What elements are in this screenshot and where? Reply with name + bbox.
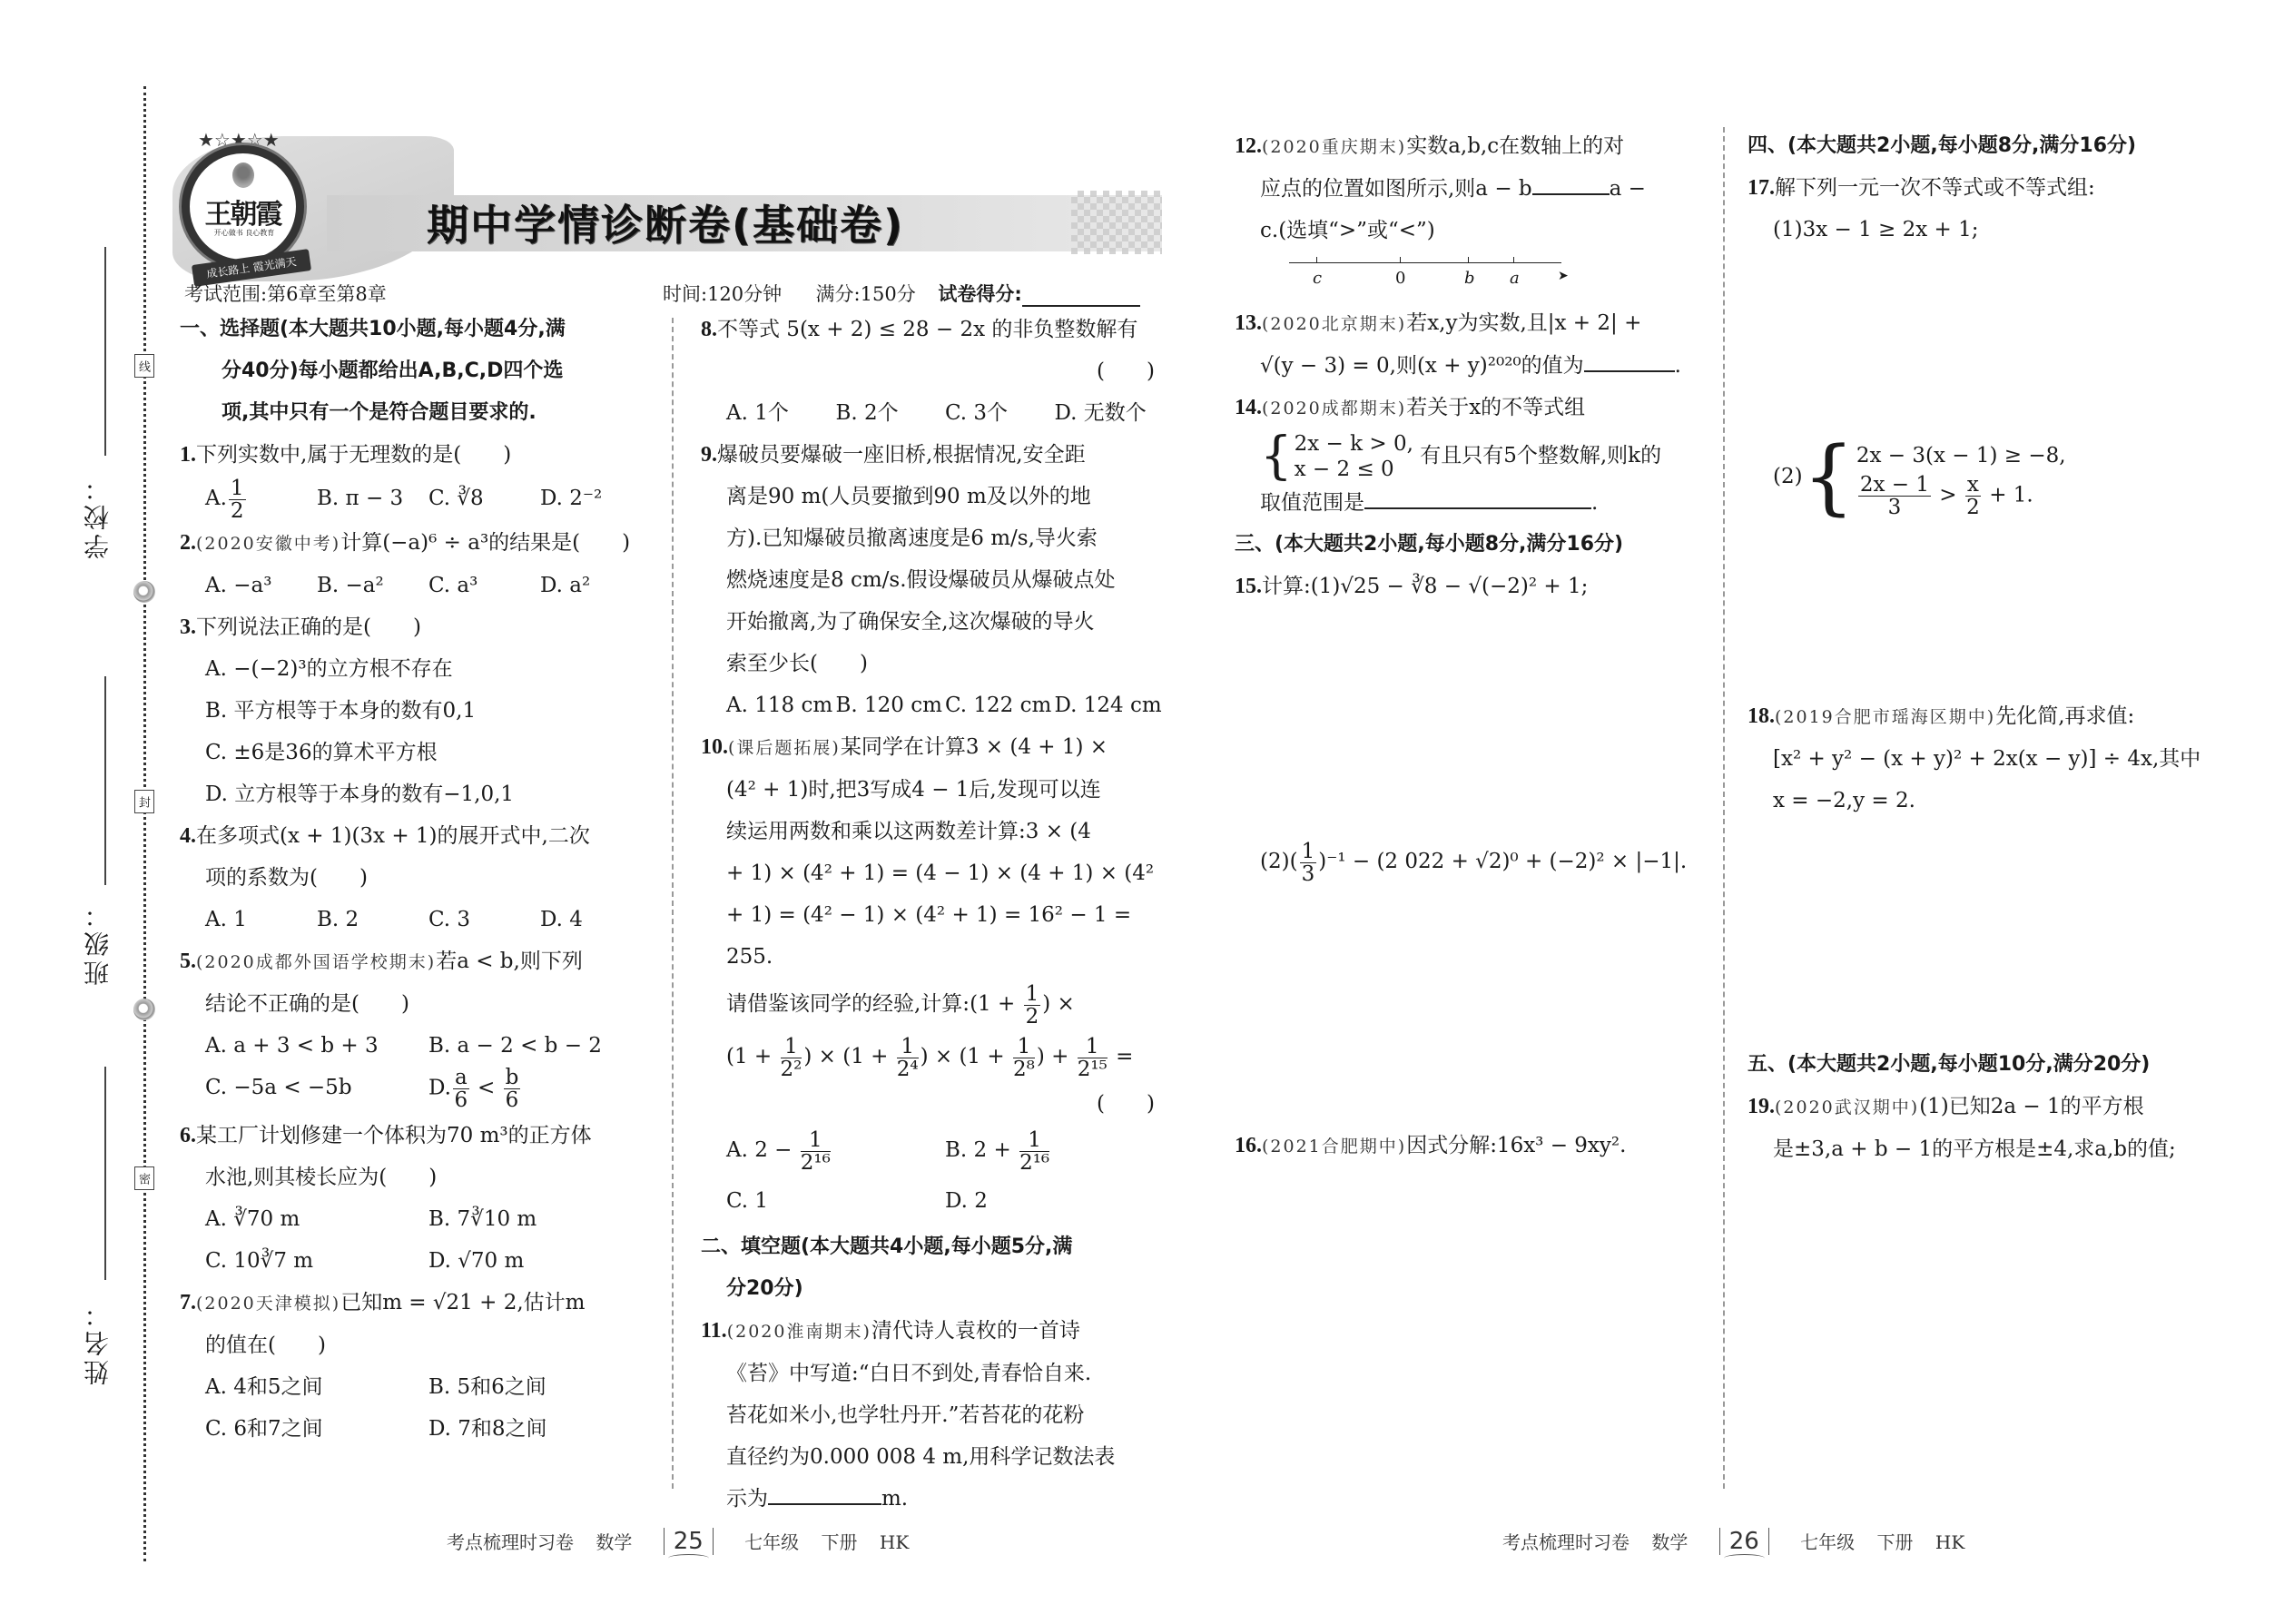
- tick-0: [1400, 257, 1401, 263]
- question-number: 1.: [180, 443, 196, 467]
- question-source: (2021合肥期中): [1262, 1137, 1406, 1156]
- page-number: 26: [1719, 1528, 1769, 1555]
- tick-label-a: a: [1510, 268, 1520, 290]
- question-text: 示为m.: [701, 1478, 1164, 1520]
- footer-grade: 七年级: [1800, 1531, 1855, 1553]
- column-2: 8.不等式 5(x + 2) ≤ 28 − 2x 的非负整数解有 ( ) A. …: [701, 309, 1164, 1520]
- option-a[interactable]: A.12: [205, 476, 317, 522]
- question-19: 19.(2020武汉期中)(1)已知2a − 1的平方根: [1748, 1086, 2220, 1128]
- question-9: 9.爆破员要爆破一座旧桥,根据情况,安全距: [701, 434, 1164, 476]
- question-text: √(y − 3) = 0,则(x + y)²⁰²⁰的值为.: [1235, 345, 1707, 387]
- number-line-figure: ➤ c 0 b a: [1289, 251, 1570, 302]
- option-d[interactable]: D. 2⁻²: [540, 476, 652, 522]
- question-5: 5.(2020成都外国语学校期末)若a < b,则下列: [180, 940, 652, 983]
- exam-scope: 考试范围:第6章至第8章: [184, 280, 387, 307]
- question-17: 17.解下列一元一次不等式或不等式组:: [1748, 167, 2220, 209]
- question-text: 下列实数中,属于无理数的是( ): [196, 443, 511, 467]
- logo-brand-text: 王朝霞: [195, 192, 290, 231]
- question-11: 11.(2020淮南期末)清代诗人袁枚的一首诗: [701, 1310, 1164, 1353]
- answer-blank[interactable]: [1532, 170, 1610, 195]
- logo-slogan: 开心做书 良心教育: [199, 228, 290, 238]
- option-d[interactable]: D. 124 cm: [1055, 684, 1165, 726]
- section-heading-2: 二、填空题(本大题共4小题,每小题5分,满: [701, 1226, 1164, 1268]
- question-number: 17.: [1748, 176, 1775, 200]
- section-heading-1-cont: 分40分)每小题都给出A,B,C,D四个选: [180, 350, 652, 392]
- footer-left: 考点梳理时习卷 数学 25 七年级 下册 HK: [447, 1528, 909, 1555]
- brand-logo: 王朝霞 开心做书 良心教育: [182, 145, 304, 268]
- option-d[interactable]: D. 7和8之间: [428, 1408, 652, 1450]
- options-q1: A.12 B. π − 3 C. ∛8 D. 2⁻²: [180, 476, 652, 522]
- question-text: + 1) × (4² + 1) = (4 − 1) × (4 + 1) × (4…: [701, 852, 1164, 894]
- footer-edition: HK: [1935, 1531, 1964, 1553]
- question-text: 因式分解:16x³ − 9xy².: [1406, 1134, 1626, 1157]
- option-c[interactable]: C. ∛8: [428, 476, 540, 522]
- option-a[interactable]: A. 118 cm: [726, 684, 836, 726]
- question-source: (课后题拓展): [728, 738, 841, 758]
- option-a[interactable]: A. 4和5之间: [205, 1366, 428, 1408]
- option-b[interactable]: B. 5和6之间: [428, 1366, 652, 1408]
- question-number: 18.: [1748, 704, 1775, 728]
- question-17-part-1: (1)3x − 1 ≥ 2x + 1;: [1748, 209, 2220, 251]
- tick-label-0: 0: [1395, 268, 1405, 290]
- question-text: (4² + 1)时,把3写成4 − 1后,发现可以连: [701, 769, 1164, 811]
- section-heading-1-cont: 项,其中只有一个是符合题目要求的.: [180, 392, 652, 434]
- question-18: 18.(2019合肥市瑶海区期中)先化简,再求值:: [1748, 695, 2220, 738]
- question-text: 已知m = √21 + 2,估计m: [340, 1291, 585, 1314]
- seal-mark-feng: 封: [134, 790, 154, 813]
- question-number: 4.: [180, 824, 196, 848]
- inequality-system: {2x − k > 0,x − 2 ≤ 0: [1260, 431, 1413, 482]
- question-text: 若关于x的不等式组: [1406, 396, 1585, 419]
- class-input-line[interactable]: [104, 676, 106, 885]
- option-b[interactable]: B. 2: [317, 899, 428, 940]
- option-c[interactable]: C. 3个: [945, 392, 1055, 434]
- column-divider: [672, 318, 674, 1489]
- question-text: + 1) = (4² − 1) × (4² + 1) = 16² − 1 = 2…: [701, 894, 1164, 978]
- section-heading-5: 五、(本大题共2小题,每小题10分,满分20分): [1748, 1044, 2220, 1086]
- class-label: 班级：: [80, 899, 116, 986]
- question-text: 燃烧速度是8 cm/s.假设爆破员从爆破点处: [701, 559, 1164, 601]
- question-text: 索至少长( ): [701, 643, 1164, 684]
- question-text: 某工厂计划修建一个体积为70 m³的正方体: [196, 1124, 592, 1147]
- question-8: 8.不等式 5(x + 2) ≤ 28 − 2x 的非负整数解有: [701, 309, 1164, 350]
- question-14: 14.(2020成都期末)若关于x的不等式组: [1235, 387, 1707, 429]
- question-source: (2020成都外国语学校期末): [196, 952, 436, 972]
- question-text: 某同学在计算3 × (4 + 1) ×: [841, 735, 1108, 759]
- tick-a: [1513, 257, 1514, 263]
- school-label: 学校：: [80, 472, 116, 559]
- option-c[interactable]: C. a³: [428, 565, 540, 606]
- question-number: 16.: [1235, 1134, 1262, 1157]
- school-input-line[interactable]: [104, 247, 106, 456]
- option-b[interactable]: B. π − 3: [317, 476, 428, 522]
- question-number: 5.: [180, 950, 196, 973]
- question-text: 项的系数为( ): [180, 857, 652, 899]
- question-text: {2x − k > 0,x − 2 ≤ 0 有且只有5个整数解,则k的: [1235, 429, 1707, 482]
- question-source: (2020淮南期末): [727, 1322, 871, 1342]
- option-d[interactable]: D. 4: [540, 899, 652, 940]
- question-number: 14.: [1235, 396, 1262, 419]
- question-10: 10.(课后题拓展)某同学在计算3 × (4 + 1) ×: [701, 726, 1164, 769]
- option-d[interactable]: D. 立方根等于本身的数有−1,0,1: [180, 773, 652, 815]
- question-number: 3.: [180, 615, 196, 639]
- question-2: 2.(2020安徽中考)计算(−a)⁶ ÷ a³的结果是( ): [180, 522, 652, 565]
- options-q10: A. 2 − 12¹⁶ B. 2 + 12¹⁶ C. 1 D. 2: [701, 1125, 1164, 1226]
- question-text: 若x,y为实数,且|x + 2| +: [1406, 311, 1641, 335]
- option-d[interactable]: D. 无数个: [1055, 392, 1165, 434]
- score-input[interactable]: [1022, 287, 1140, 307]
- option-d[interactable]: D. a²: [540, 565, 652, 606]
- question-number: 7.: [180, 1291, 196, 1314]
- option-c[interactable]: C. 3: [428, 899, 540, 940]
- emblem-icon: [133, 999, 155, 1020]
- column-1: 一、选择题(本大题共10小题,每小题4分,满 分40分)每小题都给出A,B,C,…: [180, 309, 652, 1450]
- question-text: 先化简,再求值:: [1995, 704, 2134, 728]
- question-number: 19.: [1748, 1095, 1775, 1118]
- question-text: 实数a,b,c在数轴上的对: [1406, 134, 1624, 158]
- question-text: 苔花如米小,也学牡丹开.”若苔花的花粉: [701, 1394, 1164, 1436]
- question-text: 的值在( ): [180, 1324, 652, 1366]
- question-17-part-2: (2){ 2x − 3(x − 1) ≥ −8, 2x − 13 > x2 + …: [1748, 437, 2220, 518]
- question-text: 《苔》中写道:“白日不到处,青春恰自来.: [701, 1353, 1164, 1394]
- options-q5: A. a + 3 < b + 3 B. a − 2 < b − 2 C. −5a…: [180, 1025, 652, 1111]
- page-title: 期中学情诊断卷(基础卷): [427, 192, 904, 252]
- question-source: (2020安徽中考): [196, 534, 340, 554]
- option-b[interactable]: B. a − 2 < b − 2: [428, 1025, 652, 1067]
- footer-right: 考点梳理时习卷 数学 26 七年级 下册 HK: [1502, 1528, 1964, 1555]
- question-7: 7.(2020天津模拟)已知m = √21 + 2,估计m: [180, 1282, 652, 1324]
- question-3: 3.下列说法正确的是( ): [180, 606, 652, 648]
- question-text: 应点的位置如图所示,则a − ba −: [1235, 168, 1707, 210]
- exam-time: 时间:120分钟: [663, 283, 782, 305]
- option-d[interactable]: D.a6 < b6: [428, 1067, 652, 1111]
- question-text: 清代诗人袁枚的一首诗: [871, 1319, 1080, 1343]
- question-4: 4.在多项式(x + 1)(3x + 1)的展开式中,二次: [180, 815, 652, 857]
- answer-blank[interactable]: [768, 1480, 881, 1505]
- question-text: 在多项式(x + 1)(3x + 1)的展开式中,二次: [196, 824, 590, 848]
- question-text: 续运用两数和乘以这两数差计算:3 × (4: [701, 811, 1164, 852]
- option-b[interactable]: B. 120 cm: [836, 684, 946, 726]
- question-text: 下列说法正确的是( ): [196, 615, 421, 639]
- answer-blank[interactable]: [1584, 347, 1675, 372]
- column-divider: [1723, 127, 1725, 1489]
- footer-edition: HK: [880, 1531, 909, 1553]
- question-source: (2020成都期末): [1262, 399, 1406, 418]
- question-text: 方).已知爆破员撤离速度是6 m/s,导火索: [701, 517, 1164, 559]
- question-source: (2020天津模拟): [196, 1294, 340, 1314]
- tick-c: [1316, 257, 1317, 263]
- option-a[interactable]: A. ∛70 m: [205, 1198, 428, 1240]
- name-label: 姓名：: [80, 1298, 116, 1385]
- tick-label-b: b: [1464, 268, 1475, 290]
- question-text: 是±3,a + b − 1的平方根是±4,求a,b的值;: [1748, 1128, 2220, 1170]
- binding-dotted-line: [143, 86, 146, 1561]
- footer-subject: 数学: [1651, 1531, 1688, 1553]
- option-a[interactable]: A. −a³: [205, 565, 317, 606]
- question-text: [x² + y² − (x + y)² + 2x(x − y)] ÷ 4x,其中: [1748, 738, 2220, 780]
- question-16: 16.(2021合肥期中)因式分解:16x³ − 9xy².: [1235, 1125, 1707, 1167]
- question-15: 15.计算:(1)√25 − ∛8 − √(−2)² + 1;: [1235, 566, 1707, 607]
- answer-blank[interactable]: [1364, 484, 1591, 509]
- tick-b: [1468, 257, 1469, 263]
- column-4: 四、(本大题共2小题,每小题8分,满分16分) 17.解下列一元一次不等式或不等…: [1748, 125, 2220, 1170]
- question-text: x = −2,y = 2.: [1748, 780, 2220, 822]
- question-source: (2020北京期末): [1262, 314, 1406, 334]
- question-text: 解下列一元一次不等式或不等式组:: [1775, 176, 2095, 200]
- footer-grade: 七年级: [744, 1531, 799, 1553]
- question-number: 2.: [180, 531, 196, 555]
- seal-mark-mi: 密: [134, 1166, 154, 1190]
- question-text: 直径约为0.000 008 4 m,用科学记数法表: [701, 1436, 1164, 1478]
- question-number: 13.: [1235, 311, 1262, 335]
- seal-mark-xian: 线: [134, 354, 154, 378]
- option-a[interactable]: A. a + 3 < b + 3: [205, 1025, 428, 1067]
- question-text: 计算(−a)⁶ ÷ a³的结果是( ): [340, 531, 630, 555]
- options-q8: A. 1个 B. 2个 C. 3个 D. 无数个: [701, 392, 1164, 434]
- arrow-right-icon: ➤: [1558, 255, 1569, 297]
- column-3: 12.(2020重庆期末)实数a,b,c在数轴上的对 应点的位置如图所示,则a …: [1235, 125, 1707, 1167]
- question-text: 不等式 5(x + 2) ≤ 28 − 2x 的非负整数解有: [717, 318, 1137, 341]
- option-c[interactable]: C. 122 cm: [945, 684, 1055, 726]
- footer-volume: 下册: [1877, 1531, 1914, 1553]
- option-a[interactable]: A. 2 − 12¹⁶: [726, 1125, 945, 1176]
- question-text: 计算:(1)√25 − ∛8 − √(−2)² + 1;: [1262, 575, 1588, 598]
- answer-paren[interactable]: ( ): [701, 1083, 1164, 1125]
- question-text: 取值范围是.: [1235, 482, 1707, 524]
- tick-label-c: c: [1313, 268, 1322, 290]
- section-heading-2-cont: 分20分): [701, 1268, 1164, 1310]
- question-source: (2020重庆期末): [1262, 137, 1406, 157]
- option-c[interactable]: C. ±6是36的算术平方根: [180, 732, 652, 773]
- question-source: (2020武汉期中): [1775, 1097, 1919, 1117]
- section-heading-3: 三、(本大题共2小题,每小题8分,满分16分): [1235, 524, 1707, 566]
- name-input-line[interactable]: [104, 1067, 106, 1280]
- option-c[interactable]: C. 10∛7 m: [205, 1240, 428, 1282]
- score-label: 试卷得分:: [938, 283, 1021, 305]
- options-q7: A. 4和5之间 B. 5和6之间 C. 6和7之间 D. 7和8之间: [180, 1366, 652, 1450]
- question-12: 12.(2020重庆期末)实数a,b,c在数轴上的对: [1235, 125, 1707, 168]
- question-13: 13.(2020北京期末)若x,y为实数,且|x + 2| +: [1235, 302, 1707, 345]
- answer-paren[interactable]: ( ): [701, 350, 1164, 392]
- question-number: 15.: [1235, 575, 1262, 598]
- emblem-icon: [133, 581, 155, 603]
- section-heading-1: 一、选择题(本大题共10小题,每小题4分,满: [180, 309, 652, 350]
- checker-pattern: [1071, 191, 1162, 254]
- question-expression: (1 + 12²) × (1 + 12⁴) × (1 + 12⁸) + 12¹⁵…: [701, 1030, 1164, 1083]
- footer-series: 考点梳理时习卷: [1502, 1531, 1629, 1553]
- option-b[interactable]: B. 2 + 12¹⁶: [945, 1125, 1164, 1176]
- option-b[interactable]: B. 平方根等于本身的数有0,1: [180, 690, 652, 732]
- question-text: 离是90 m(人员要撤到90 m及以外的地: [701, 476, 1164, 517]
- options-q9: A. 118 cm B. 120 cm C. 122 cm D. 124 cm: [701, 684, 1164, 726]
- question-number: 6.: [180, 1124, 196, 1147]
- footer-volume: 下册: [822, 1531, 858, 1553]
- question-6: 6.某工厂计划修建一个体积为70 m³的正方体: [180, 1115, 652, 1156]
- option-a[interactable]: A. 1: [205, 899, 317, 940]
- page-number: 25: [664, 1528, 714, 1555]
- question-text: 爆破员要爆破一座旧桥,根据情况,安全距: [717, 443, 1086, 467]
- question-number: 10.: [701, 735, 728, 759]
- option-b[interactable]: B. −a²: [317, 565, 428, 606]
- question-text: 若a < b,则下列: [436, 950, 583, 973]
- option-b[interactable]: B. 7∛10 m: [428, 1198, 652, 1240]
- number-line-axis: [1289, 262, 1561, 263]
- question-number: 12.: [1235, 134, 1262, 158]
- full-score: 满分:150分: [816, 283, 916, 305]
- question-number: 9.: [701, 443, 717, 467]
- option-c[interactable]: C. −5a < −5b: [205, 1067, 428, 1111]
- question-text: 开始撤离,为了确保安全,这次爆破的导火: [701, 601, 1164, 643]
- option-d[interactable]: D. 2: [945, 1176, 1164, 1226]
- option-c[interactable]: C. 1: [726, 1176, 945, 1226]
- question-1: 1.下列实数中,属于无理数的是( ): [180, 434, 652, 476]
- section-heading-4: 四、(本大题共2小题,每小题8分,满分16分): [1748, 125, 2220, 167]
- option-a[interactable]: A. 1个: [726, 392, 836, 434]
- option-d[interactable]: D. √70 m: [428, 1240, 652, 1282]
- question-expression: 请借鉴该同学的经验,计算:(1 + 12) ×: [701, 978, 1164, 1030]
- question-text: 结论不正确的是( ): [180, 983, 652, 1025]
- question-text: (1)已知2a − 1的平方根: [1919, 1095, 2143, 1118]
- question-text: c.(选填“>”或“<”): [1235, 210, 1707, 251]
- option-c[interactable]: C. 6和7之间: [205, 1408, 428, 1450]
- question-number: 11.: [701, 1319, 727, 1343]
- question-15-part-2: (2)(13)⁻¹ − (2 022 + √2)⁰ + (−2)² × |−1|…: [1235, 834, 1707, 889]
- footer-series: 考点梳理时习卷: [447, 1531, 574, 1553]
- portrait-icon: [232, 162, 254, 188]
- options-q6: A. ∛70 m B. 7∛10 m C. 10∛7 m D. √70 m: [180, 1198, 652, 1282]
- options-q2: A. −a³ B. −a² C. a³ D. a²: [180, 565, 652, 606]
- question-source: (2019合肥市瑶海区期中): [1775, 707, 1995, 727]
- options-q4: A. 1 B. 2 C. 3 D. 4: [180, 899, 652, 940]
- question-number: 8.: [701, 318, 717, 341]
- exam-meta: 时间:120分钟 满分:150分 试卷得分:: [663, 280, 1140, 307]
- option-b[interactable]: B. 2个: [836, 392, 946, 434]
- question-text: 水池,则其棱长应为( ): [180, 1156, 652, 1198]
- footer-subject: 数学: [596, 1531, 632, 1553]
- option-a[interactable]: A. −(−2)³的立方根不存在: [180, 648, 652, 690]
